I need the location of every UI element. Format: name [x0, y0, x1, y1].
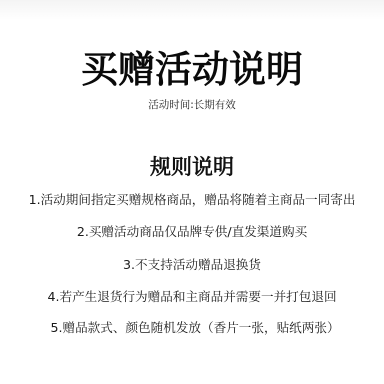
page-title: 买赠活动说明: [0, 48, 384, 92]
rule-item: 3.不支持活动赠品退换货: [0, 256, 384, 274]
activity-period: 活动时间:长期有效: [0, 98, 384, 112]
rule-item: 4.若产生退货行为赠品和主商品并需要一并打包退回: [0, 288, 384, 306]
rules-heading: 规则说明: [0, 154, 384, 180]
rule-item: 5.赠品款式、颜色随机发放（香片一张，贴纸两张）: [0, 319, 384, 337]
rule-item: 1.活动期间指定买赠规格商品，赠品将随着主商品一同寄出: [0, 191, 384, 209]
rule-item: 2.买赠活动商品仅品牌专供/直发渠道购买: [0, 223, 384, 241]
top-shadow: [0, 0, 384, 20]
